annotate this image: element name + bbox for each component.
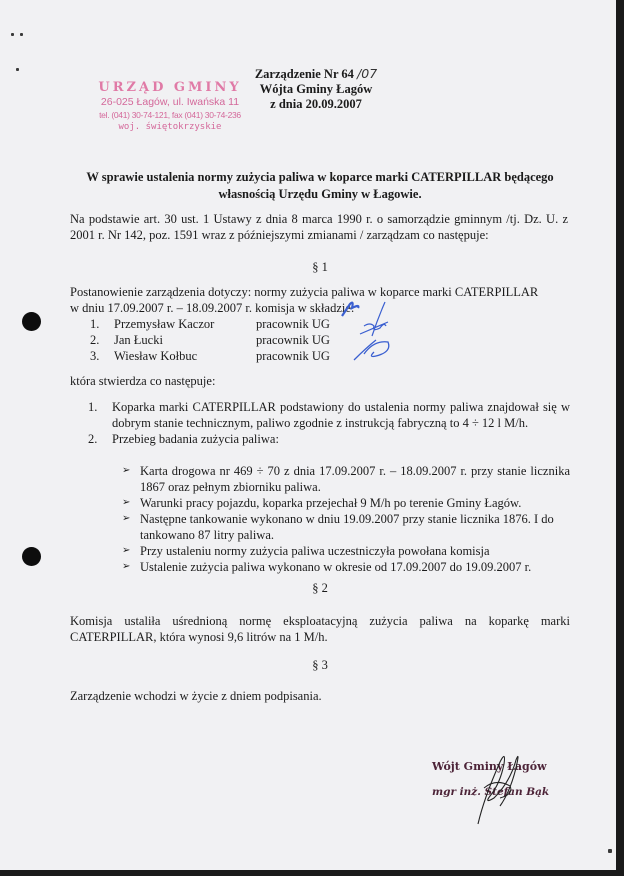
decree-number: Zarządzenie Nr 64 /07: [246, 66, 386, 82]
committee-signatures: [330, 296, 400, 366]
stamp-address: 26-025 Łagów, ul. Iwańska 11: [70, 96, 270, 109]
decree-date: z dnia 20.09.2007: [246, 97, 386, 112]
section-3-text: Zarządzenie wchodzi w życie z dniem podp…: [70, 688, 570, 704]
test-procedure-bullets: ➢ Karta drogowa nr 469 ÷ 70 z dnia 17.09…: [122, 463, 570, 575]
scan-speck: [608, 849, 612, 853]
stamp-name: URZĄD GMINY: [70, 80, 270, 96]
bullet-item: ➢ Następne tankowanie wykonano w dniu 19…: [122, 511, 570, 543]
section-1-heading: § 1: [60, 259, 580, 275]
scan-speck: [11, 33, 14, 36]
arrow-bullet-icon: ➢: [122, 463, 140, 495]
punch-hole: [22, 547, 41, 566]
document-page: URZĄD GMINY 26-025 Łagów, ul. Iwańska 11…: [0, 0, 616, 870]
handwritten-signature: [470, 748, 530, 828]
section-1-intro: Postanowienie zarządzenia dotyczy: normy…: [70, 284, 580, 316]
bullet-item: ➢ Karta drogowa nr 469 ÷ 70 z dnia 17.09…: [122, 463, 570, 495]
arrow-bullet-icon: ➢: [122, 543, 140, 559]
handwritten-year: /07: [357, 66, 377, 81]
bullet-item: ➢ Ustalenie zużycia paliwa wykonano w ok…: [122, 559, 570, 575]
bullet-item: ➢ Warunki pracy pojazdu, koparka przejec…: [122, 495, 570, 511]
stamp-phone: tel. (041) 30-74-121, fax (041) 30-74-23…: [70, 109, 270, 121]
document-header: Zarządzenie Nr 64 /07 Wójta Gminy Łagów …: [246, 66, 386, 112]
bullet-item: ➢ Przy ustaleniu normy zużycia paliwa uc…: [122, 543, 570, 559]
arrow-bullet-icon: ➢: [122, 511, 140, 543]
scan-speck: [16, 68, 19, 71]
issuer: Wójta Gminy Łagów: [246, 82, 386, 97]
office-stamp: URZĄD GMINY 26-025 Łagów, ul. Iwańska 11…: [70, 80, 270, 133]
scan-speck: [20, 33, 23, 36]
section-2-heading: § 2: [60, 580, 580, 596]
arrow-bullet-icon: ➢: [122, 495, 140, 511]
section-2-text: Komisja ustaliła uśrednioną normę eksplo…: [70, 613, 570, 645]
finding-item: 2. Przebieg badania zużycia paliwa:: [88, 431, 570, 447]
arrow-bullet-icon: ➢: [122, 559, 140, 575]
punch-hole: [22, 312, 41, 331]
findings-list: 1. Koparka marki CATERPILLAR podstawiony…: [88, 399, 570, 447]
document-title: W sprawie ustalenia normy zużycia paliwa…: [60, 169, 580, 203]
finding-item: 1. Koparka marki CATERPILLAR podstawiony…: [88, 399, 570, 431]
section-3-heading: § 3: [60, 657, 580, 673]
finding-intro: która stwierdza co następuje:: [70, 373, 215, 389]
stamp-region: woj. świętokrzyskie: [70, 121, 270, 133]
preamble: Na podstawie art. 30 ust. 1 Ustawy z dni…: [70, 211, 568, 243]
